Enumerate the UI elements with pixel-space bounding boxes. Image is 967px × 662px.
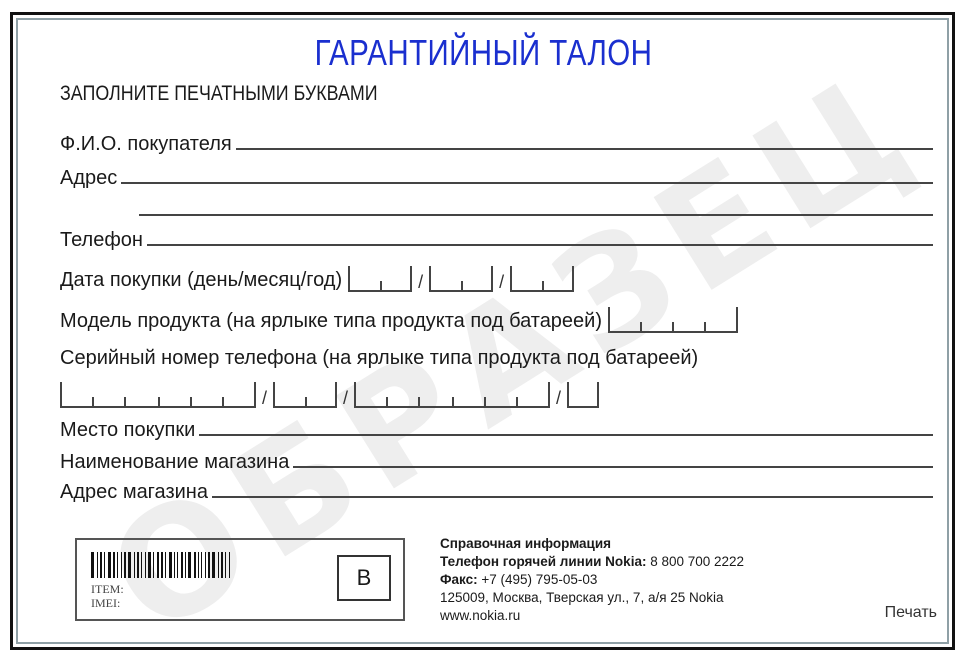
serial-number-label: Серийный номер телефона (на ярлыке типа …: [60, 346, 698, 370]
buyer-name-field[interactable]: [236, 148, 933, 150]
serial-number-boxes-row: / / /: [60, 380, 933, 408]
fax-label: Факс:: [440, 572, 478, 587]
place-of-purchase-row: Место покупки: [60, 414, 933, 442]
serial-separator: /: [262, 388, 267, 408]
purchase-date-boxes: / /: [348, 266, 574, 292]
stamp-label: Печать: [885, 604, 937, 622]
barcode-icon: [91, 552, 232, 578]
serial-part-4-field[interactable]: [567, 382, 599, 408]
address-label: Адрес: [60, 166, 117, 190]
address-row-2: [139, 194, 933, 222]
store-address-row: Адрес магазина: [60, 476, 933, 504]
serial-part-1-field[interactable]: [60, 382, 256, 408]
serial-part-3-field[interactable]: [354, 382, 550, 408]
hotline-label: Телефон горячей линии Nokia:: [440, 554, 646, 569]
store-name-field[interactable]: [293, 466, 933, 468]
product-model-label: Модель продукта (на ярлыке типа продукта…: [60, 309, 602, 333]
product-model-boxes: [608, 307, 738, 333]
address-field[interactable]: [121, 182, 933, 184]
imei-label: IMEI:: [91, 596, 120, 611]
year-field[interactable]: [510, 266, 574, 292]
buyer-name-row: Ф.И.О. покупателя: [60, 128, 933, 156]
place-of-purchase-label: Место покупки: [60, 418, 195, 442]
date-separator: /: [418, 272, 423, 292]
info-heading: Справочная информация: [440, 536, 611, 551]
fill-instruction: ЗАПОЛНИТЕ ПЕЧАТНЫМИ БУКВАМИ: [60, 82, 378, 106]
serial-part-2-field[interactable]: [273, 382, 337, 408]
store-address-label: Адрес магазина: [60, 480, 208, 504]
phone-field[interactable]: [147, 244, 933, 246]
store-name-row: Наименование магазина: [60, 446, 933, 474]
product-model-row: Модель продукта (на ярлыке типа продукта…: [60, 305, 933, 333]
store-address-field[interactable]: [212, 496, 933, 498]
store-name-label: Наименование магазина: [60, 450, 289, 474]
serial-separator: /: [343, 388, 348, 408]
product-model-field[interactable]: [608, 307, 738, 333]
phone-label: Телефон: [60, 228, 143, 252]
barcode-sticker-area: ITEM: IMEI: B: [75, 538, 405, 621]
fax-number: +7 (495) 795-05-03: [481, 572, 597, 587]
serial-number-row: Серийный номер телефона (на ярлыке типа …: [60, 342, 933, 370]
reference-info: Справочная информация Телефон горячей ли…: [440, 535, 744, 625]
place-of-purchase-field[interactable]: [199, 434, 933, 436]
day-field[interactable]: [348, 266, 412, 292]
item-label: ITEM:: [91, 582, 124, 597]
address-row: Адрес: [60, 162, 933, 190]
hotline-number: 8 800 700 2222: [650, 554, 744, 569]
address-field-2[interactable]: [139, 214, 933, 216]
buyer-name-label: Ф.И.О. покупателя: [60, 132, 232, 156]
postal-address: 125009, Москва, Тверская ул., 7, а/я 25 …: [440, 589, 744, 607]
month-field[interactable]: [429, 266, 493, 292]
website-link[interactable]: www.nokia.ru: [440, 607, 744, 625]
page-title: ГАРАНТИЙНЫЙ ТАЛОН: [87, 32, 880, 74]
date-separator: /: [499, 272, 504, 292]
category-letter-box: B: [337, 555, 391, 601]
phone-row: Телефон: [60, 224, 933, 252]
purchase-date-row: Дата покупки (день/месяц/год) / /: [60, 264, 933, 292]
purchase-date-label: Дата покупки (день/месяц/год): [60, 268, 342, 292]
serial-separator: /: [556, 388, 561, 408]
serial-number-boxes: / / /: [60, 382, 599, 408]
